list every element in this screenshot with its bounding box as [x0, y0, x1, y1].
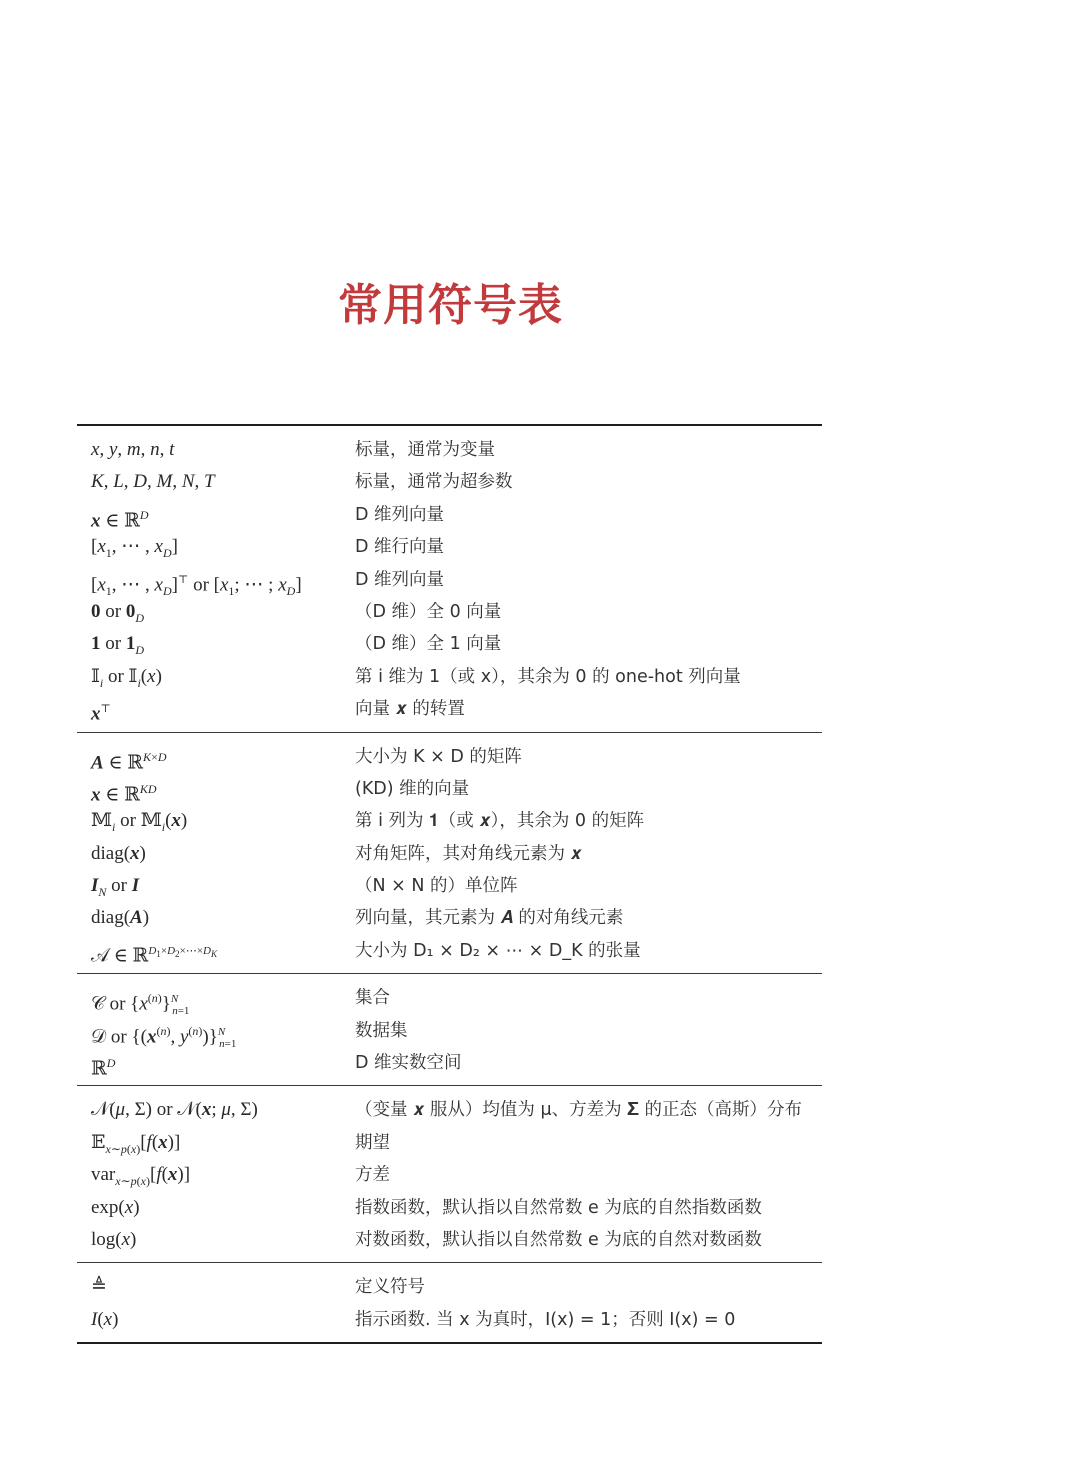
table-row: A ∈ ℝK×D 大小为 K × D 的矩阵	[77, 741, 822, 773]
description-cell: 大小为 D₁ × D₂ × ⋯ × D_K 的张量	[355, 935, 641, 967]
description-cell: 列向量，其元素为 𝑨 的对角线元素	[355, 902, 623, 934]
symbol-cell: log(x)	[91, 1224, 136, 1256]
table-row: 𝒩(μ, Σ) or 𝒩(x; μ, Σ) （变量 𝒙 服从）均值为 μ、方差为…	[77, 1094, 822, 1126]
description-cell: 指数函数，默认指以自然常数 e 为底的自然指数函数	[355, 1192, 762, 1224]
symbol-cell: diag(A)	[91, 902, 149, 934]
table-row: 𝕄i or 𝕄i(x) 第 i 列为 𝟏（或 𝒙），其余为 0 的矩阵	[77, 805, 822, 837]
group-probability-functions: 𝒩(μ, Σ) or 𝒩(x; μ, Σ) （变量 𝒙 服从）均值为 μ、方差为…	[77, 1086, 822, 1262]
table-row: [x1, ⋯ , xD] D 维行向量	[77, 531, 822, 563]
table-row: varx∼p(x)[f(x)] 方差	[77, 1159, 822, 1191]
symbol-cell: 𝒜 ∈ ℝD1×D2×⋯×DK	[91, 935, 217, 972]
description-cell: 第 i 维为 1（或 x），其余为 0 的 one-hot 列向量	[355, 661, 741, 693]
bottom-rule	[77, 1342, 822, 1344]
table-row: IN or I （N × N 的）单位阵	[77, 870, 822, 902]
symbol-cell: I(x)	[91, 1304, 118, 1336]
symbol-cell: x, y, m, n, t	[91, 434, 174, 466]
description-cell: (KD) 维的向量	[355, 773, 469, 805]
group-scalars-vectors: x, y, m, n, t 标量，通常为变量 K, L, D, M, N, T …	[77, 426, 822, 732]
table-row: 𝒜 ∈ ℝD1×D2×⋯×DK 大小为 D₁ × D₂ × ⋯ × D_K 的张…	[77, 935, 822, 967]
table-row: 𝒞 or {x(n)}Nn=1 集合	[77, 982, 822, 1014]
table-row: x ∈ ℝKD (KD) 维的向量	[77, 773, 822, 805]
description-cell: （变量 𝒙 服从）均值为 μ、方差为 𝚺 的正态（高斯）分布	[355, 1094, 802, 1126]
table-row: K, L, D, M, N, T 标量，通常为超参数	[77, 466, 822, 498]
group-misc: ≜ 定义符号 I(x) 指示函数. 当 x 为真时，I(x) = 1；否则 I(…	[77, 1263, 822, 1342]
description-cell: 集合	[355, 982, 390, 1014]
table-row: diag(A) 列向量，其元素为 𝑨 的对角线元素	[77, 902, 822, 934]
description-cell: D 维列向量	[355, 499, 444, 531]
symbol-cell: exp(x)	[91, 1192, 140, 1224]
description-cell: 期望	[355, 1127, 390, 1159]
description-cell: 向量 𝒙 的转置	[355, 693, 465, 725]
symbol-cell: x⊤	[91, 693, 111, 730]
description-cell: D 维行向量	[355, 531, 444, 563]
table-row: exp(x) 指数函数，默认指以自然常数 e 为底的自然指数函数	[77, 1192, 822, 1224]
table-row: 𝕀i or 𝕀i(x) 第 i 维为 1（或 x），其余为 0 的 one-ho…	[77, 661, 822, 693]
description-cell: （D 维）全 0 向量	[355, 596, 501, 628]
table-row: ℝD D 维实数空间	[77, 1047, 822, 1079]
table-row: I(x) 指示函数. 当 x 为真时，I(x) = 1；否则 I(x) = 0	[77, 1304, 822, 1336]
symbol-cell: K, L, D, M, N, T	[91, 466, 215, 498]
table-row: x, y, m, n, t 标量，通常为变量	[77, 434, 822, 466]
notation-table: x, y, m, n, t 标量，通常为变量 K, L, D, M, N, T …	[77, 424, 822, 1344]
table-row: x ∈ ℝD D 维列向量	[77, 499, 822, 531]
description-cell: （D 维）全 1 向量	[355, 628, 501, 660]
table-row: 𝒟 or {(x(n), y(n))}Nn=1 数据集	[77, 1015, 822, 1047]
description-cell: （N × N 的）单位阵	[355, 870, 518, 902]
group-matrices-tensors: A ∈ ℝK×D 大小为 K × D 的矩阵 x ∈ ℝKD (KD) 维的向量…	[77, 733, 822, 974]
description-cell: 定义符号	[355, 1271, 425, 1303]
symbol-cell: 𝒩(μ, Σ) or 𝒩(x; μ, Σ)	[91, 1094, 258, 1126]
description-cell: D 维实数空间	[355, 1047, 462, 1079]
description-cell: 对角矩阵，其对角线元素为 𝒙	[355, 838, 582, 870]
page-title: 常用符号表	[338, 278, 578, 334]
table-row: diag(x) 对角矩阵，其对角线元素为 𝒙	[77, 838, 822, 870]
symbol-cell: ℝD	[91, 1047, 115, 1085]
group-sets: 𝒞 or {x(n)}Nn=1 集合 𝒟 or {(x(n), y(n))}Nn…	[77, 974, 822, 1085]
description-cell: 方差	[355, 1159, 390, 1191]
description-cell: 对数函数，默认指以自然常数 e 为底的自然对数函数	[355, 1224, 762, 1256]
description-cell: D 维列向量	[355, 564, 444, 596]
description-cell: 指示函数. 当 x 为真时，I(x) = 1；否则 I(x) = 0	[355, 1304, 735, 1336]
table-row: log(x) 对数函数，默认指以自然常数 e 为底的自然对数函数	[77, 1224, 822, 1256]
table-row: 1 or 1D （D 维）全 1 向量	[77, 628, 822, 660]
symbol-cell: ≜	[91, 1271, 107, 1303]
description-cell: 标量，通常为变量	[355, 434, 495, 466]
symbol-cell: diag(x)	[91, 838, 146, 870]
table-row: [x1, ⋯ , xD]⊤ or [x1; ⋯ ; xD] D 维列向量	[77, 564, 822, 596]
description-cell: 第 i 列为 𝟏（或 𝒙），其余为 0 的矩阵	[355, 805, 644, 837]
table-row: 0 or 0D （D 维）全 0 向量	[77, 596, 822, 628]
description-cell: 数据集	[355, 1015, 408, 1047]
description-cell: 标量，通常为超参数	[355, 466, 513, 498]
table-row: 𝔼x∼p(x)[f(x)] 期望	[77, 1127, 822, 1159]
table-row: ≜ 定义符号	[77, 1271, 822, 1303]
table-row: x⊤ 向量 𝒙 的转置	[77, 693, 822, 725]
description-cell: 大小为 K × D 的矩阵	[355, 741, 522, 773]
